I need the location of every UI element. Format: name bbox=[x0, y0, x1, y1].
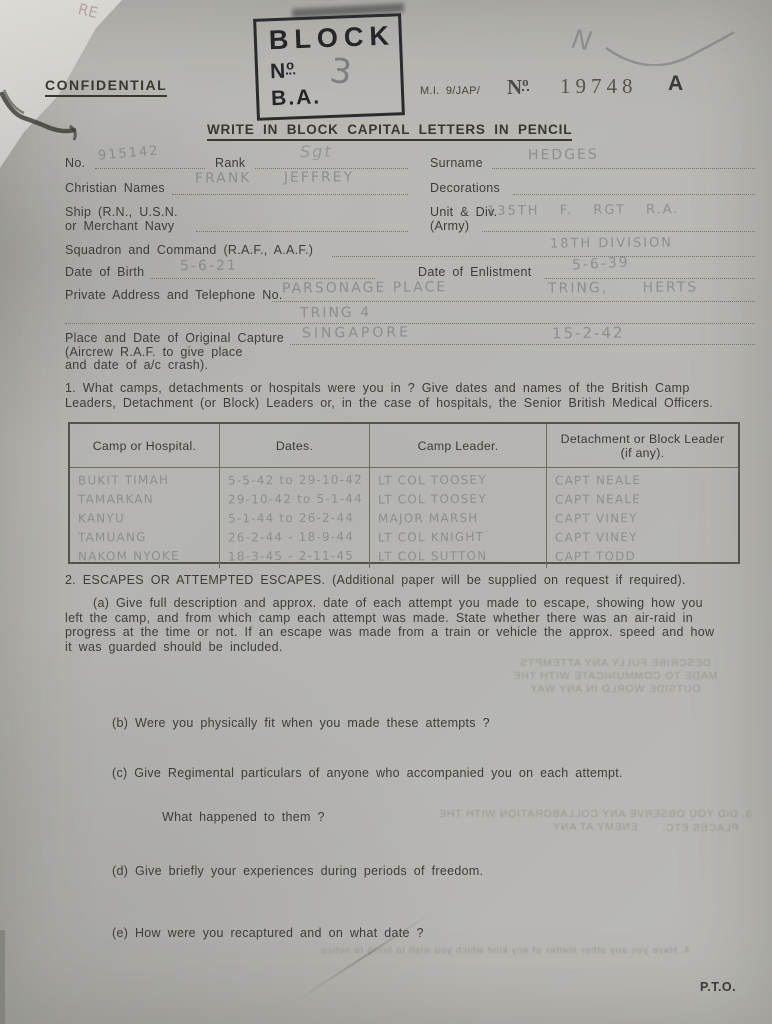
table-cell: LT COL SUTTON bbox=[378, 548, 542, 568]
bleed-line: OUTSIDE WORLD IN ANY WAY bbox=[505, 683, 725, 696]
camps-table: Camp or Hospital. Dates. Camp Leader. De… bbox=[68, 422, 740, 564]
table-header-detachment: Detachment or Block Leader (if any). bbox=[547, 424, 738, 468]
private-address-label: Private Address and Telephone No. bbox=[65, 288, 283, 303]
table-cell: CAPT VINEY bbox=[555, 510, 734, 530]
table-cell: LT COL TOOSEY bbox=[378, 472, 542, 492]
table-cell: 26-2-44 - 18-9-44 bbox=[228, 530, 365, 550]
squadron-field-line bbox=[332, 256, 755, 257]
confidential-label: CONFIDENTIAL bbox=[45, 77, 167, 97]
division-handwritten: 18TH DIVISION bbox=[550, 235, 673, 251]
date-of-enlistment-label: Date of Enlistment bbox=[418, 265, 532, 280]
unit-div-field-line bbox=[482, 231, 755, 232]
block-stamp: BLOCK No B.A. bbox=[253, 13, 405, 121]
table-cell: TAMUANG bbox=[78, 530, 215, 550]
pto-label: P.T.O. bbox=[700, 980, 736, 994]
file-ref-prefix: M.I. 9/JAP/ bbox=[420, 84, 480, 99]
surname-label: Surname bbox=[430, 156, 483, 171]
no-label: No. bbox=[65, 156, 85, 171]
question-1-text: 1. What camps, detachments or hospitals … bbox=[65, 381, 717, 410]
section-2a-text: (a) Give full description and approx. da… bbox=[65, 596, 720, 654]
table-header-leader: Camp Leader. bbox=[370, 424, 547, 468]
pencil-n-mark: N bbox=[570, 25, 594, 58]
bleed-line: MADE TO COMMUNICATE WITH THE bbox=[505, 670, 725, 683]
capture-field-line bbox=[290, 344, 755, 345]
christian-names-label: Christian Names bbox=[65, 181, 165, 196]
no-handwritten: 915142 bbox=[97, 143, 160, 163]
capture-place-handwritten: SINGAPORE bbox=[302, 325, 411, 342]
question-b-text: (b) Were you physically fit when you mad… bbox=[112, 716, 490, 731]
table-header-dates: Dates. bbox=[220, 424, 370, 468]
decorations-label: Decorations bbox=[430, 181, 500, 196]
question-d-text: (d) Give briefly your experiences during… bbox=[112, 864, 483, 879]
address-handwritten-left: PARSONAGE PLACE bbox=[282, 279, 447, 296]
ship-label-line1: Ship (R.N., U.S.N. bbox=[65, 205, 178, 220]
table-cell: LT COL KNIGHT bbox=[378, 529, 542, 549]
bleed-through-text-block: DESCRIBE FULLY ANY ATTEMPTS MADE TO COMM… bbox=[505, 657, 725, 696]
table-cell: 18-3-45 - 2-11-45 bbox=[228, 549, 365, 569]
address-handwritten-line2: TRING 4 bbox=[300, 305, 371, 322]
unit-div-label-line2: (Army) bbox=[430, 219, 469, 234]
question-c-text: (c) Give Regimental particulars of anyon… bbox=[112, 766, 623, 781]
table-cell: CAPT NEALE bbox=[555, 472, 734, 492]
capture-label-line1: Place and Date of Original Capture bbox=[65, 331, 284, 346]
unit-div-handwritten: 135TH F. RGT R.A. bbox=[487, 202, 680, 219]
ref-no-n: N bbox=[507, 75, 522, 99]
table-col-camp: BUKIT TIMAH TAMARKAN KANYU TAMUANG NAKOM… bbox=[70, 468, 220, 568]
table-cell: 5-5-42 to 29-10-42 bbox=[228, 473, 365, 493]
rank-label: Rank bbox=[215, 156, 245, 171]
date-of-birth-field-line bbox=[150, 278, 375, 279]
bleed-through-line: 4. Have you any other matter of any kind… bbox=[295, 944, 715, 957]
table-cell: 5-1-44 to 26-2-44 bbox=[228, 511, 365, 531]
bleed-line: DESCRIBE FULLY ANY ATTEMPTS bbox=[505, 657, 725, 670]
surname-field-line bbox=[492, 168, 755, 169]
table-col-leader: LT COL TOOSEY LT COL TOOSEY MAJOR MARSH … bbox=[370, 468, 547, 568]
date-of-birth-handwritten: 5-6-21 bbox=[180, 258, 238, 275]
date-of-enlistment-handwritten: 5-6-39 bbox=[572, 255, 630, 274]
ref-suffix: A bbox=[668, 72, 683, 96]
ref-no-o: o bbox=[522, 74, 529, 91]
private-address-field-line bbox=[272, 301, 755, 302]
date-of-birth-label: Date of Birth bbox=[65, 265, 144, 280]
squadron-label: Squadron and Command (R.A.F., A.A.F.) bbox=[65, 243, 313, 258]
table-cell: KANYU bbox=[78, 511, 215, 531]
bleed-through-line: PLACES ETC. bbox=[655, 822, 745, 835]
rank-handwritten: Sgt bbox=[300, 142, 333, 161]
decorations-field-line bbox=[513, 194, 755, 195]
section-2-heading: 2. ESCAPES OR ATTEMPTED ESCAPES. (Additi… bbox=[65, 573, 720, 588]
stamp-block-text: BLOCK bbox=[268, 21, 387, 57]
ref-no-label: No bbox=[507, 74, 529, 100]
table-cell: CAPT TODD bbox=[555, 548, 734, 568]
table-cell: LT COL TOOSEY bbox=[378, 491, 542, 511]
table-cell: MAJOR MARSH bbox=[378, 510, 542, 530]
capture-label-line3: and date of a/c crash). bbox=[65, 358, 208, 373]
ship-label-line2: or Merchant Navy bbox=[65, 219, 174, 234]
table-cell: CAPT VINEY bbox=[555, 529, 734, 549]
question-what-happened-text: What happened to them ? bbox=[162, 810, 325, 825]
pencil-arc-mark bbox=[598, 14, 738, 66]
table-col-dates: 5-5-42 to 29-10-42 29-10-42 to 5-1-44 5-… bbox=[220, 468, 370, 568]
stamp-no-n: N bbox=[270, 60, 287, 84]
christian-names-handwritten: FRANK JEFFREY bbox=[195, 169, 354, 186]
stamp-no-o: o bbox=[286, 57, 296, 74]
address-handwritten-right: TRING, HERTS bbox=[548, 279, 698, 296]
table-cell: CAPT NEALE bbox=[555, 491, 734, 511]
christian-names-field-line bbox=[172, 194, 408, 195]
table-cell: 29-10-42 to 5-1-44 bbox=[228, 492, 365, 512]
ship-field-line bbox=[196, 231, 408, 232]
question-e-text: (e) How were you recaptured and on what … bbox=[112, 926, 424, 941]
surname-handwritten: HEDGES bbox=[528, 147, 599, 164]
scanned-pow-questionnaire-page: RE CONFIDENTIAL BLOCK No B.A. 3 N M.I. 9… bbox=[0, 0, 772, 1024]
table-header-camp: Camp or Hospital. bbox=[70, 424, 220, 468]
table-cell: TAMARKAN bbox=[78, 492, 215, 512]
scan-edge-shadow bbox=[0, 930, 5, 1024]
capture-date-handwritten: 15-2-42 bbox=[552, 324, 625, 343]
page-instruction: WRITE IN BLOCK CAPITAL LETTERS IN PENCIL bbox=[207, 122, 572, 141]
table-cell: BUKIT TIMAH bbox=[78, 473, 215, 493]
no-field-line bbox=[95, 168, 205, 169]
table-cell: NAKOM NYOKE bbox=[78, 549, 215, 569]
table-col-detachment: CAPT NEALE CAPT NEALE CAPT VINEY CAPT VI… bbox=[547, 468, 738, 568]
ref-number: 19748 bbox=[560, 74, 638, 99]
